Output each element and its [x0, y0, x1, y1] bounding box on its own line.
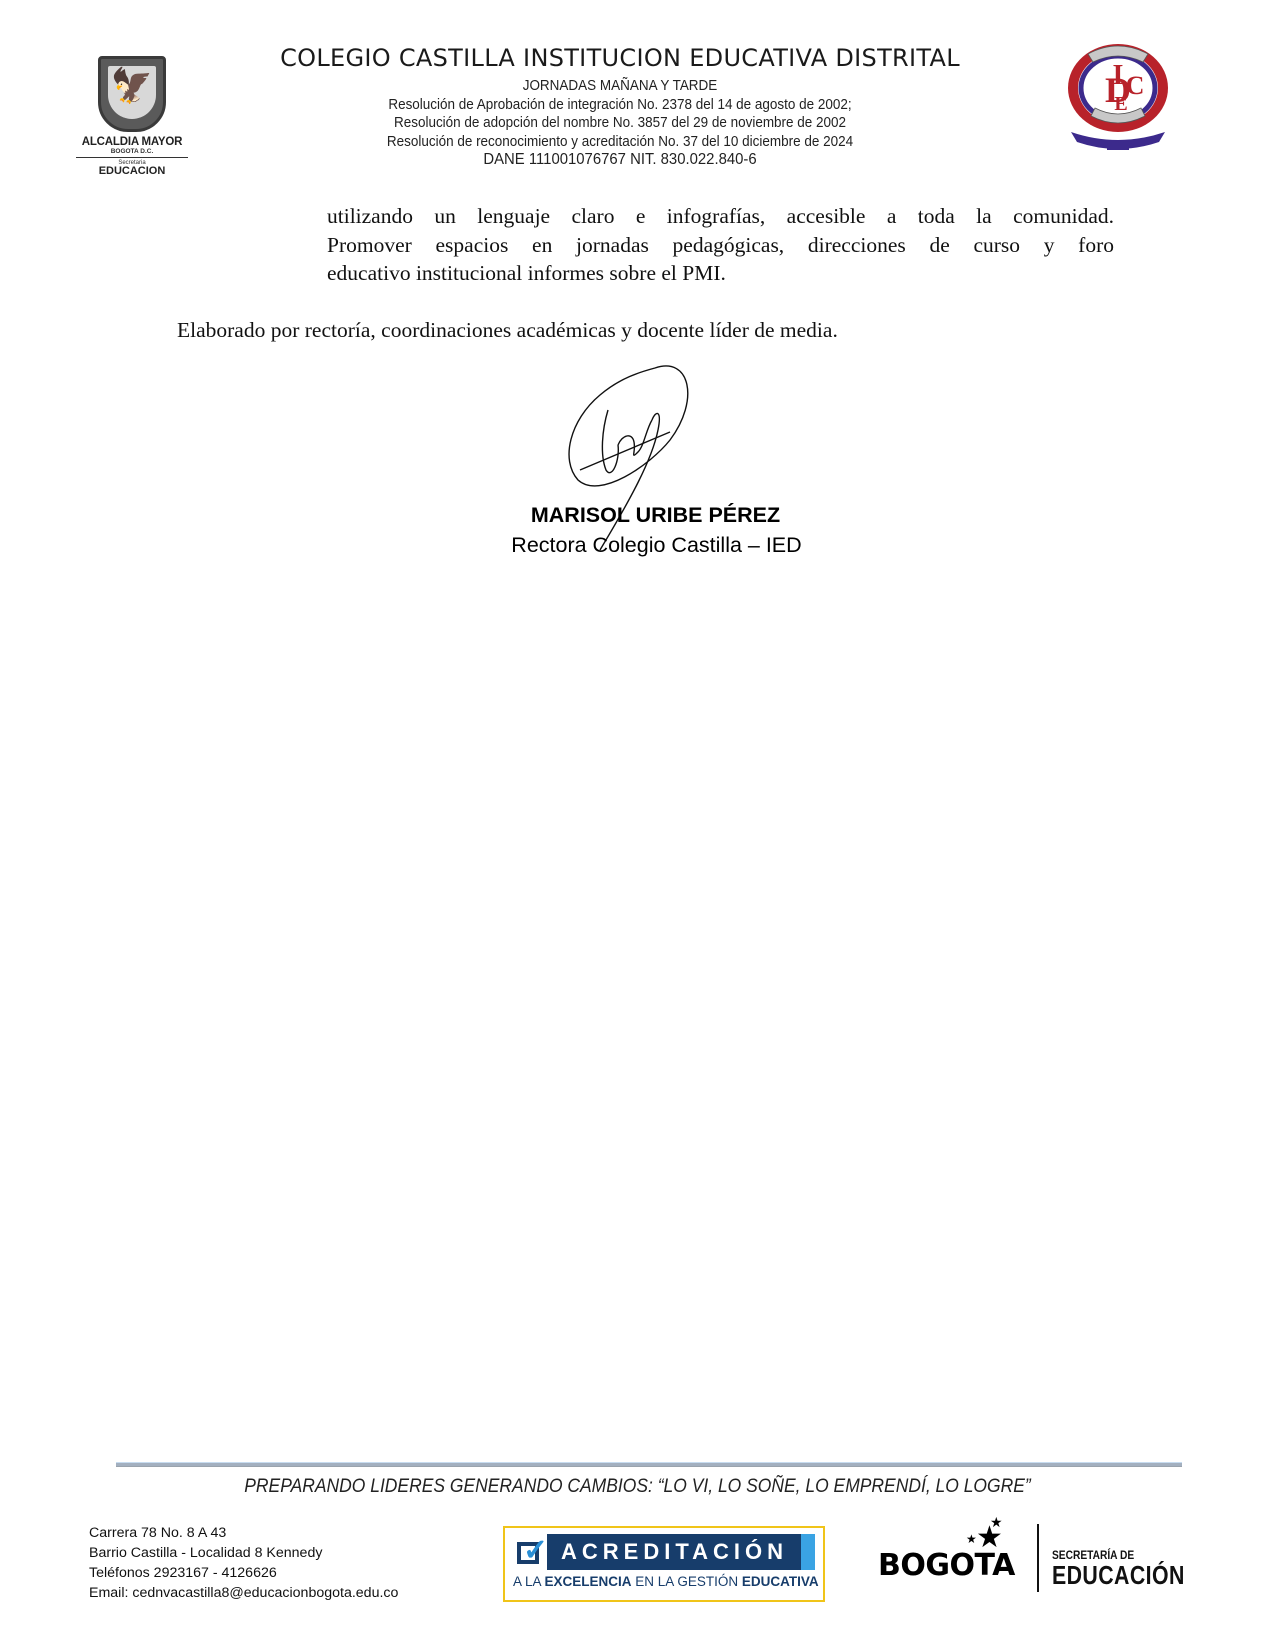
footer-motto: PREPARANDO LIDERES GENERANDO CAMBIOS: “L…: [51, 1476, 1224, 1498]
email-line: Email: cednvacastilla8@educacionbogota.e…: [89, 1583, 398, 1603]
paragraph-line: educativo institucional informes sobre e…: [327, 259, 1114, 288]
resolution-line: Resolución de reconocimiento y acreditac…: [243, 133, 996, 152]
alcaldia-mayor-logo: 🦅 ALCALDIA MAYOR BOGOTA D.C. Secretaria …: [72, 56, 192, 182]
signer-role: Rectora Colegio Castilla – IED: [0, 533, 1275, 558]
acreditacion-title: ACREDITACIÓN: [561, 1539, 788, 1565]
checkbox-tick-icon: ✓: [513, 1534, 547, 1570]
acreditacion-subtitle: A LA EXCELENCIA EN LA GESTIÓN EDUCATIVA: [513, 1574, 815, 1589]
footer-divider: [116, 1462, 1182, 1466]
sub-text: A LA: [513, 1574, 545, 1589]
educacion-label: EDUCACIÓN: [1052, 1560, 1185, 1591]
logo-separator: [1037, 1524, 1039, 1592]
svg-text:C: C: [1126, 71, 1145, 100]
letterhead: COLEGIO CASTILLA INSTITUCION EDUCATIVA D…: [215, 44, 1025, 170]
acreditacion-logo: ✓ ACREDITACIÓN A LA EXCELENCIA EN LA GES…: [503, 1526, 825, 1602]
jornadas: JORNADAS MAÑANA Y TARDE: [243, 77, 996, 96]
paragraph-line: Promover espacios en jornadas pedagógica…: [327, 231, 1114, 260]
bogota-secretaria-logo: ★★★ BOGOTA SECRETARÍA DE EDUCACIÓN: [878, 1520, 1188, 1592]
sub-text-bold: EXCELENCIA: [545, 1574, 632, 1589]
resolution-line: Resolución de adopción del nombre No. 38…: [243, 114, 996, 133]
paragraph-line: utilizando un lenguaje claro e infografí…: [327, 202, 1114, 231]
bogota-wordmark: BOGOTA: [878, 1548, 1015, 1583]
bogota-coat-of-arms-icon: 🦅: [98, 56, 166, 132]
logo-left-line4: EDUCACION: [72, 165, 192, 177]
handwritten-signature-icon: [560, 360, 720, 560]
logo-left-line1: ALCALDIA MAYOR: [72, 136, 192, 148]
address-line: Carrera 78 No. 8 A 43: [89, 1523, 398, 1543]
dane-nit: DANE 111001076767 NIT. 830.022.840-6: [243, 151, 996, 170]
sub-text-bold: EDUCATIVA: [742, 1574, 819, 1589]
school-crest-icon: D I C E: [1055, 40, 1181, 152]
address-line: Barrio Castilla - Localidad 8 Kennedy: [89, 1543, 398, 1563]
body-paragraph: utilizando un lenguaje claro e infografí…: [327, 202, 1114, 288]
logo-left-line2: BOGOTA D.C.: [76, 148, 188, 158]
footer-address: Carrera 78 No. 8 A 43 Barrio Castilla - …: [89, 1523, 398, 1603]
resolution-line: Resolución de Aprobación de integración …: [243, 96, 996, 115]
phone-line: Teléfonos 2923167 - 4126626: [89, 1563, 398, 1583]
svg-text:I: I: [1113, 60, 1124, 91]
elaborado-por-text: Elaborado por rectoría, coordinaciones a…: [177, 318, 838, 343]
svg-text:E: E: [1114, 93, 1127, 115]
school-title: COLEGIO CASTILLA INSTITUCION EDUCATIVA D…: [215, 44, 1025, 72]
sub-text: EN LA GESTIÓN: [632, 1574, 742, 1589]
signer-name: MARISOL URIBE PÉREZ: [0, 503, 1275, 528]
